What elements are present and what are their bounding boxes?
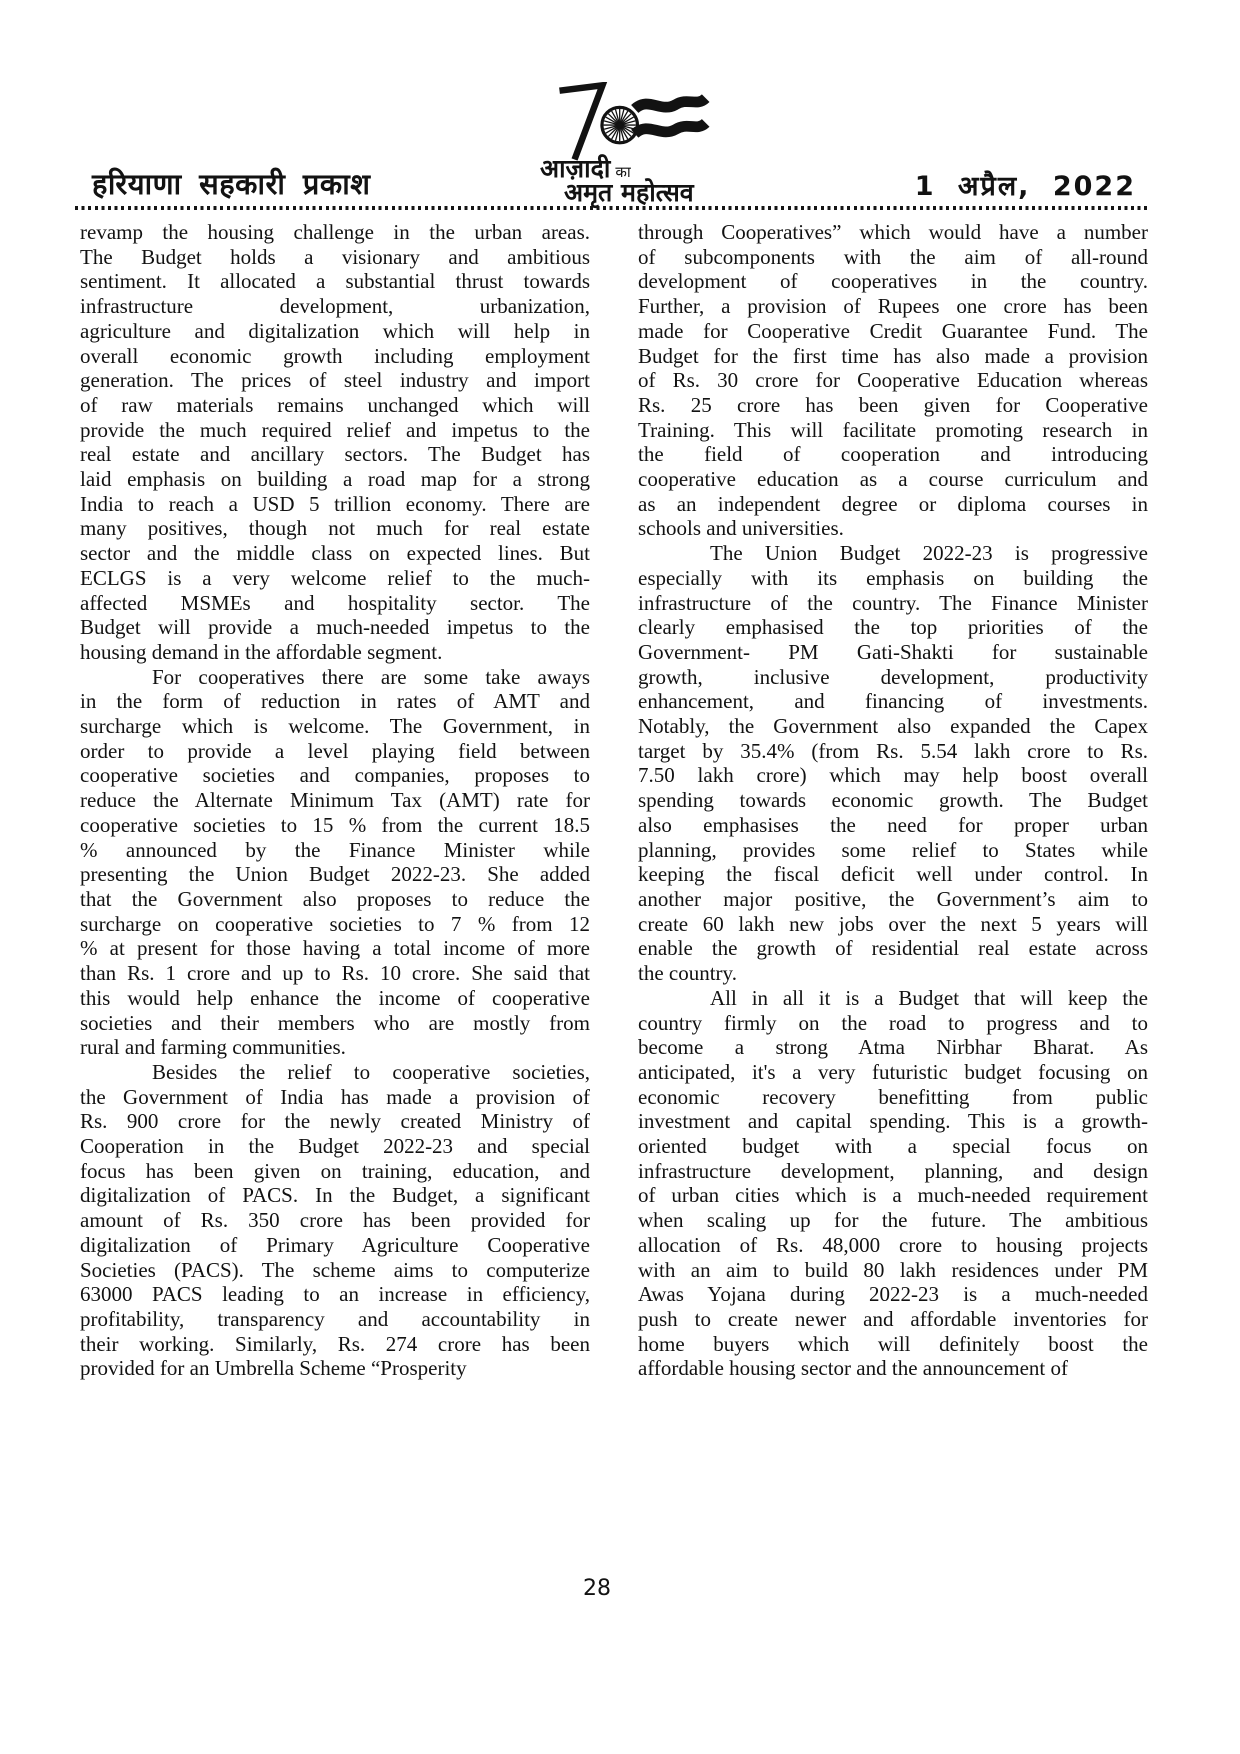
text-line: their working. Similarly, Rs. 274 crore … xyxy=(80,1332,590,1357)
text-line: keeping the fiscal deficit well under co… xyxy=(638,862,1148,887)
text-line: provided for an Umbrella Scheme “Prosper… xyxy=(80,1356,590,1381)
text-line: Budget for the first time has also made … xyxy=(638,344,1148,369)
ashoka-chakra-icon xyxy=(602,107,637,142)
text-line: provide the much required relief and imp… xyxy=(80,418,590,443)
text-line: when scaling up for the future. The ambi… xyxy=(638,1208,1148,1233)
text-line: this would help enhance the income of co… xyxy=(80,986,590,1011)
page-number: 28 xyxy=(0,1576,1194,1601)
text-line: enable the growth of residential real es… xyxy=(638,936,1148,961)
text-line: clearly emphasised the top priorities of… xyxy=(638,615,1148,640)
text-line: many positives, though not much for real… xyxy=(80,516,590,541)
text-line: growth, inclusive development, productiv… xyxy=(638,665,1148,690)
text-line: enhancement, and financing of investment… xyxy=(638,689,1148,714)
text-line: allocation of Rs. 48,000 crore to housin… xyxy=(638,1233,1148,1258)
text-line: cooperative societies to 15 % from the c… xyxy=(80,813,590,838)
text-line: societies and their members who are most… xyxy=(80,1011,590,1036)
right-column: through Cooperatives” which would have a… xyxy=(638,220,1148,1381)
text-line: affected MSMEs and hospitality sector. T… xyxy=(80,591,590,616)
text-line: Notably, the Government also expanded th… xyxy=(638,714,1148,739)
text-line: push to create newer and affordable inve… xyxy=(638,1307,1148,1332)
paragraph: For cooperatives there are some take awa… xyxy=(80,665,590,1060)
text-line: amount of Rs. 350 crore has been provide… xyxy=(80,1208,590,1233)
text-line: become a strong Atma Nirbhar Bharat. As xyxy=(638,1035,1148,1060)
paragraph: Besides the relief to cooperative societ… xyxy=(80,1060,590,1381)
text-line: infrastructure of the country. The Finan… xyxy=(638,591,1148,616)
text-line: especially with its emphasis on building… xyxy=(638,566,1148,591)
amrit-mahotsav-logo: आज़ादीका अमृत महोत्सव xyxy=(538,82,738,207)
text-line: the field of cooperation and introducing xyxy=(638,442,1148,467)
text-line: that the Government also proposes to red… xyxy=(80,887,590,912)
text-line: presenting the Union Budget 2022-23. She… xyxy=(80,862,590,887)
text-line: surcharge which is welcome. The Governme… xyxy=(80,714,590,739)
text-line: target by 35.4% (from Rs. 5.54 lakh cror… xyxy=(638,739,1148,764)
text-line: infrastructure development, planning, an… xyxy=(638,1159,1148,1184)
text-line: planning, provides some relief to States… xyxy=(638,838,1148,863)
text-line: another major positive, the Government’s… xyxy=(638,887,1148,912)
text-line: Cooperation in the Budget 2022-23 and sp… xyxy=(80,1134,590,1159)
paragraph: All in all it is a Budget that will keep… xyxy=(638,986,1148,1381)
text-line: India to reach a USD 5 trillion economy.… xyxy=(80,492,590,517)
text-line: All in all it is a Budget that will keep… xyxy=(638,986,1148,1011)
numeral-seven-stroke xyxy=(560,85,603,159)
text-line: made for Cooperative Credit Guarantee Fu… xyxy=(638,319,1148,344)
text-line: infrastructure development, urbanization… xyxy=(80,294,590,319)
dotted-divider xyxy=(75,206,1148,210)
text-line: country firmly on the road to progress a… xyxy=(638,1011,1148,1036)
text-line: anticipated, it's a very futuristic budg… xyxy=(638,1060,1148,1085)
text-line: cooperative societies and companies, pro… xyxy=(80,763,590,788)
text-line: Rs. 25 crore has been given for Cooperat… xyxy=(638,393,1148,418)
text-line: profitability, transparency and accounta… xyxy=(80,1307,590,1332)
text-line: Societies (PACS). The scheme aims to com… xyxy=(80,1258,590,1283)
text-line: of Rs. 30 crore for Cooperative Educatio… xyxy=(638,368,1148,393)
text-line: in the form of reduction in rates of AMT… xyxy=(80,689,590,714)
text-line: The Union Budget 2022-23 is progressive xyxy=(638,541,1148,566)
text-line: ECLGS is a very welcome relief to the mu… xyxy=(80,566,590,591)
paragraph: revamp the housing challenge in the urba… xyxy=(80,220,590,665)
text-line: surcharge on cooperative societies to 7 … xyxy=(80,912,590,937)
text-line: focus has been given on training, educat… xyxy=(80,1159,590,1184)
text-line: The Budget holds a visionary and ambitio… xyxy=(80,245,590,270)
text-line: Budget will provide a much-needed impetu… xyxy=(80,615,590,640)
text-line: than Rs. 1 crore and up to Rs. 10 crore.… xyxy=(80,961,590,986)
text-line: also emphasises the need for proper urba… xyxy=(638,813,1148,838)
text-line: oriented budget with a special focus on xyxy=(638,1134,1148,1159)
text-line: 63000 PACS leading to an increase in eff… xyxy=(80,1282,590,1307)
text-line: of urban cities which is a much-needed r… xyxy=(638,1183,1148,1208)
publication-title: हरियाणा सहकारी प्रकाश xyxy=(92,164,370,203)
text-line: as an independent degree or diploma cour… xyxy=(638,492,1148,517)
text-line: 7.50 lakh crore) which may help boost ov… xyxy=(638,763,1148,788)
text-line: sentiment. It allocated a substantial th… xyxy=(80,269,590,294)
flag-ribbons-icon xyxy=(635,98,706,133)
text-line: Awas Yojana during 2022-23 is a much-nee… xyxy=(638,1282,1148,1307)
text-line: laid emphasis on building a road map for… xyxy=(80,467,590,492)
text-line: overall economic growth including employ… xyxy=(80,344,590,369)
text-line: spending towards economic growth. The Bu… xyxy=(638,788,1148,813)
text-line: % announced by the Finance Minister whil… xyxy=(80,838,590,863)
text-line: home buyers which will definitely boost … xyxy=(638,1332,1148,1357)
text-line: the country. xyxy=(638,961,1148,986)
text-line: of raw materials remains unchanged which… xyxy=(80,393,590,418)
text-line: the Government of India has made a provi… xyxy=(80,1085,590,1110)
text-line: Training. This will facilitate promoting… xyxy=(638,418,1148,443)
text-line: rural and farming communities. xyxy=(80,1035,590,1060)
document-page: हरियाणा सहकारी प्रकाश xyxy=(0,0,1240,1754)
text-line: development of cooperatives in the count… xyxy=(638,269,1148,294)
text-line: Government- PM Gati-Shakti for sustainab… xyxy=(638,640,1148,665)
text-line: Rs. 900 crore for the newly created Mini… xyxy=(80,1109,590,1134)
paragraph: through Cooperatives” which would have a… xyxy=(638,220,1148,541)
text-line: generation. The prices of steel industry… xyxy=(80,368,590,393)
text-line: sector and the middle class on expected … xyxy=(80,541,590,566)
text-line: investment and capital spending. This is… xyxy=(638,1109,1148,1134)
article-body: revamp the housing challenge in the urba… xyxy=(80,220,1148,1381)
text-line: For cooperatives there are some take awa… xyxy=(80,665,590,690)
text-line: % at present for those having a total in… xyxy=(80,936,590,961)
text-line: affordable housing sector and the announ… xyxy=(638,1356,1148,1381)
text-line: revamp the housing challenge in the urba… xyxy=(80,220,590,245)
text-line: with an aim to build 80 lakh residences … xyxy=(638,1258,1148,1283)
text-line: Further, a provision of Rupees one crore… xyxy=(638,294,1148,319)
text-line: economic recovery benefitting from publi… xyxy=(638,1085,1148,1110)
text-line: real estate and ancillary sectors. The B… xyxy=(80,442,590,467)
text-line: digitalization of Primary Agriculture Co… xyxy=(80,1233,590,1258)
text-line: of subcomponents with the aim of all-rou… xyxy=(638,245,1148,270)
text-line: create 60 lakh new jobs over the next 5 … xyxy=(638,912,1148,937)
paragraph: The Union Budget 2022-23 is progressivee… xyxy=(638,541,1148,986)
text-line: reduce the Alternate Minimum Tax (AMT) r… xyxy=(80,788,590,813)
text-line: housing demand in the affordable segment… xyxy=(80,640,590,665)
left-column: revamp the housing challenge in the urba… xyxy=(80,220,590,1381)
text-line: schools and universities. xyxy=(638,516,1148,541)
text-line: Besides the relief to cooperative societ… xyxy=(80,1060,590,1085)
issue-date: 1 अप्रैल, 2022 xyxy=(915,166,1136,203)
text-line: agriculture and digitalization which wil… xyxy=(80,319,590,344)
text-line: order to provide a level playing field b… xyxy=(80,739,590,764)
text-line: digitalization of PACS. In the Budget, a… xyxy=(80,1183,590,1208)
logo-text-amrit-mahotsav: अमृत महोत्सव xyxy=(538,180,738,206)
text-line: through Cooperatives” which would have a… xyxy=(638,220,1148,245)
text-line: cooperative education as a course curric… xyxy=(638,467,1148,492)
